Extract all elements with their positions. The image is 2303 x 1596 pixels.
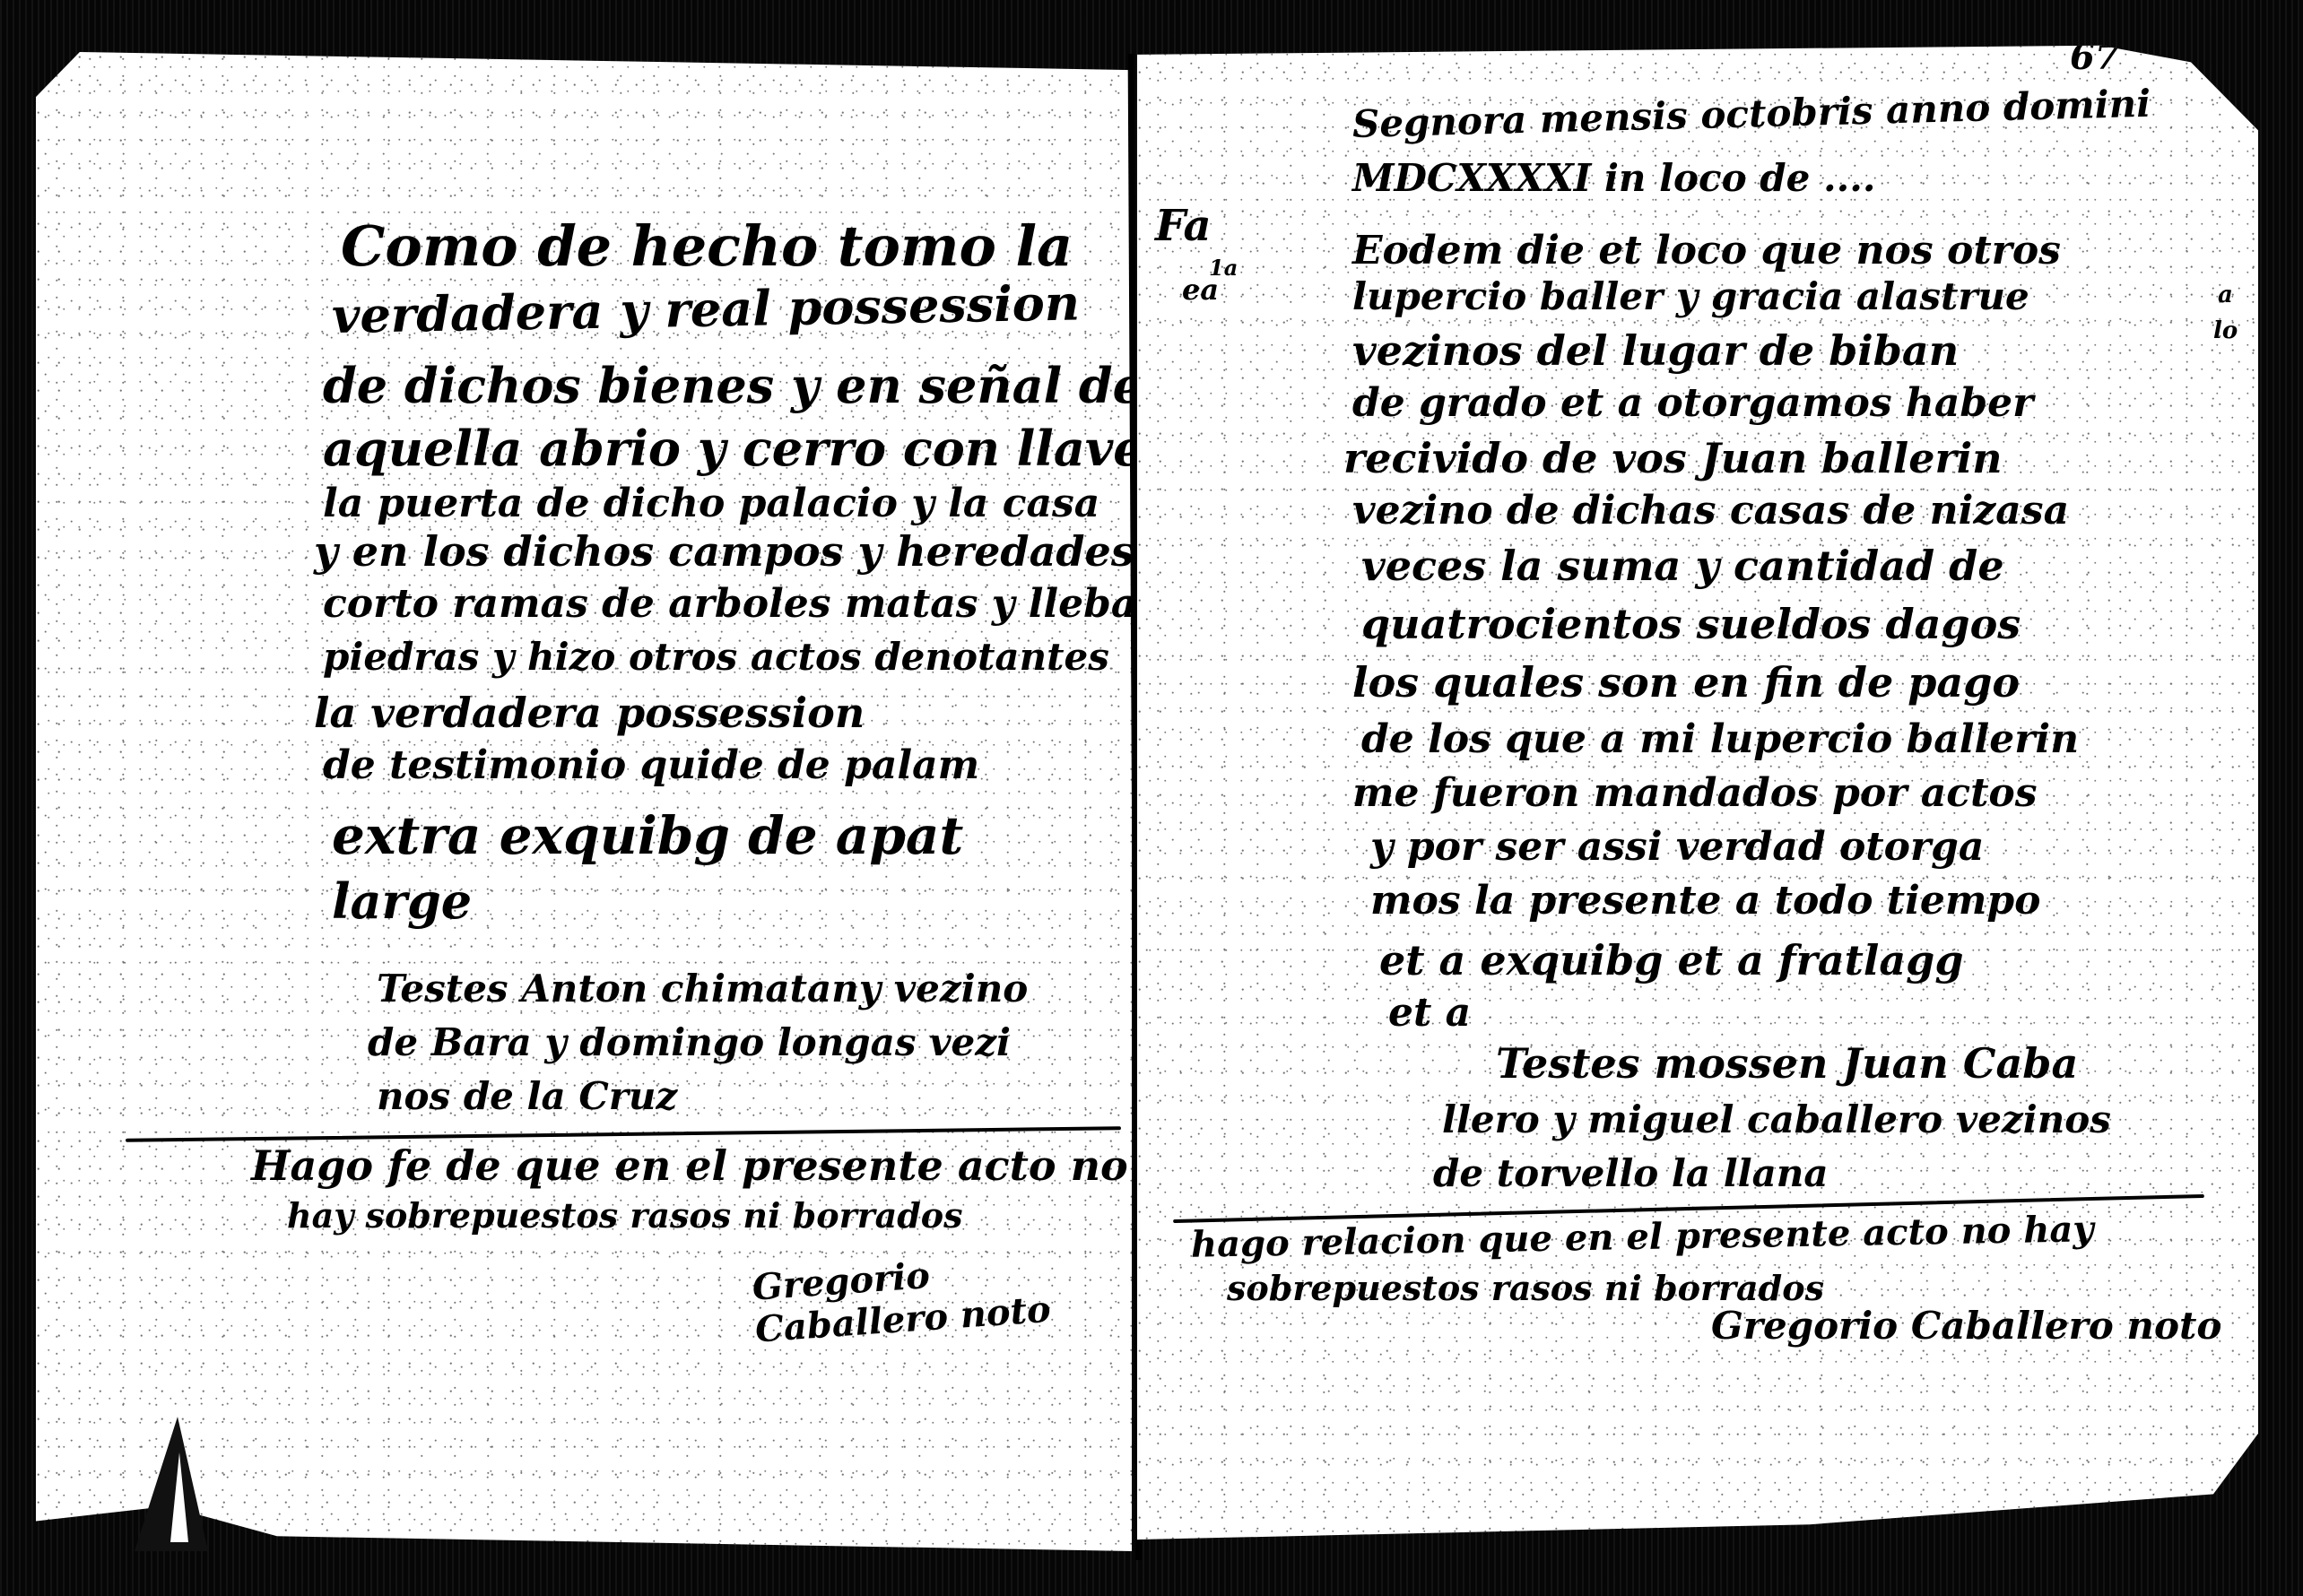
left-body-line-1: Como de hecho tomo la bbox=[341, 213, 1073, 279]
left-note-line-2: hay sobrepuestos rasos ni borrados bbox=[287, 1195, 963, 1236]
right-body-line-8: quatrocientos sueldos dagos bbox=[1361, 600, 2021, 648]
margin-note-1: Fa bbox=[1155, 201, 1212, 251]
right-heading-line-1: Segnora mensis octobris anno domini bbox=[1351, 82, 2151, 146]
right-heading-line-2: MDCXXXXI in loco de .... bbox=[1352, 156, 1875, 200]
right-note-line-2: sobrepuestos rasos ni borrados bbox=[1227, 1268, 1824, 1308]
left-body-line-10: de testimonio quide de palam bbox=[323, 742, 979, 788]
left-body-line-8: piedras y hizo otros actos denotantes bbox=[323, 635, 1109, 679]
left-body-line-4: aquella abrio y cerro con llave bbox=[323, 420, 1132, 477]
left-witness-line-2: de Bara y domingo longas vezi bbox=[368, 1020, 1011, 1064]
right-body-line-13: mos la presente a todo tiempo bbox=[1370, 878, 2041, 924]
right-witness-line-3: de torvello la llana bbox=[1433, 1151, 1829, 1195]
right-body-line-1: Eodem die et loco que nos otros bbox=[1352, 228, 2061, 273]
left-body-line-2: verdadera y real possession bbox=[331, 273, 1080, 344]
left-body-line-3: de dichos bienes y en señal de bbox=[323, 357, 1132, 414]
left-notary-signature: Gregorio Caballero noto bbox=[751, 1240, 1132, 1350]
margin-note-3: ea bbox=[1182, 273, 1219, 307]
left-body-line-12: large bbox=[332, 872, 472, 930]
right-body-line-12: y por ser assi verdad otorga bbox=[1370, 824, 1984, 870]
left-body-line-6: y en los dichos campos y heredades bbox=[314, 527, 1132, 576]
right-page: 67 Segnora mensis octobris anno domini M… bbox=[1137, 39, 2258, 1555]
right-body-line-3: vezinos del lugar de biban bbox=[1352, 326, 1959, 375]
right-body-line-4: de grado et a otorgamos haber bbox=[1352, 380, 2033, 426]
right-body-line-15: et a bbox=[1388, 990, 1471, 1036]
bookmark-ribbon-inner bbox=[170, 1453, 188, 1542]
left-page: Como de hecho tomo la verdadera y real p… bbox=[36, 52, 1132, 1551]
right-notary-signature: Gregorio Caballero noto bbox=[1711, 1304, 2221, 1348]
right-body-line-2: lupercio baller y gracia alastrue bbox=[1352, 274, 2029, 318]
right-body-line-9: los quales son en fin de pago bbox=[1352, 658, 2020, 707]
right-body-line-14: et a exquibg et a fratlagg bbox=[1379, 936, 1964, 984]
left-witness-line-1: Testes Anton chimatany vezino bbox=[377, 967, 1028, 1011]
left-body-line-5: la puerta de dicho palacio y la casa bbox=[323, 481, 1099, 526]
left-body-line-7: corto ramas de arboles matas y llebanto bbox=[323, 581, 1132, 627]
right-witness-line-2: llero y miguel caballero vezinos bbox=[1442, 1097, 2111, 1141]
left-note-line-1: Hago fe de que en el presente acto no bbox=[251, 1141, 1128, 1190]
right-witness-line-1: Testes mossen Juan Caba bbox=[1496, 1039, 2078, 1088]
left-body-line-9: la verdadera possession bbox=[314, 689, 865, 737]
left-separator-line bbox=[126, 1126, 1121, 1142]
right-body-line-5: recivido de vos Juan ballerin bbox=[1343, 434, 2003, 482]
right-margin-mark-2: lo bbox=[2213, 317, 2238, 344]
right-margin-mark-1: a bbox=[2218, 282, 2233, 308]
right-body-line-6: vezino de dichas casas de nizasa bbox=[1352, 488, 2069, 533]
left-witness-line-3: nos de la Cruz bbox=[377, 1074, 677, 1118]
right-body-line-10: de los que a mi lupercio ballerin bbox=[1361, 716, 2079, 762]
right-body-line-7: veces la suma y cantidad de bbox=[1361, 542, 2004, 590]
left-body-line-11: extra exquibg de apat bbox=[332, 805, 963, 866]
right-body-line-11: me fueron mandados por actos bbox=[1352, 770, 2038, 816]
